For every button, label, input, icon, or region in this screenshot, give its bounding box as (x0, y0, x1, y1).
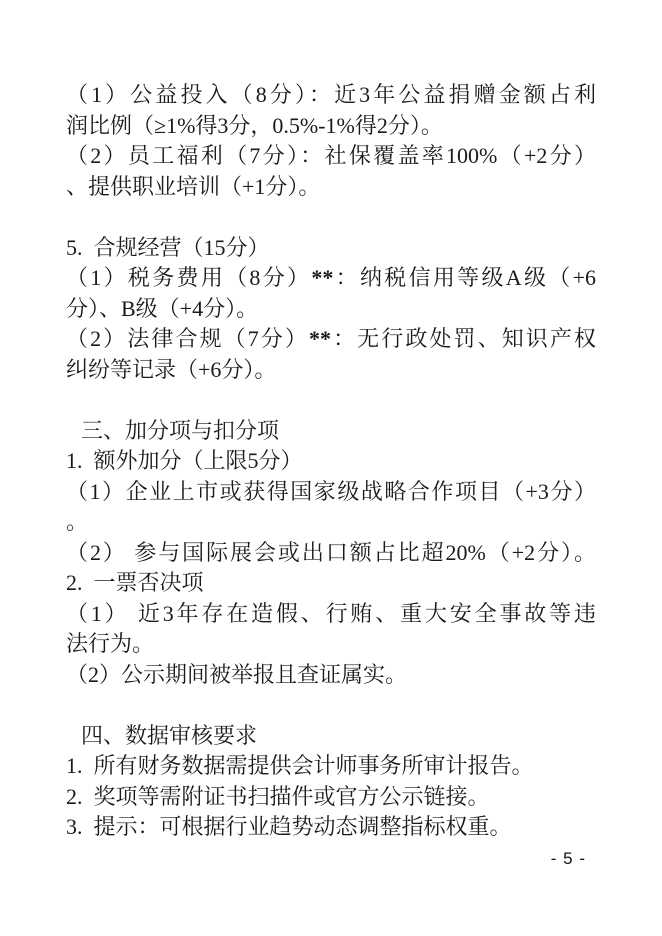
text-line: （1）企业上市或获得国家级战略合作项目（+3分） (66, 477, 596, 508)
text-run: （1）企业上市或获得国家级战略合作项目（+3分） (66, 479, 596, 504)
bold-text-run: ** (311, 265, 333, 290)
text-line: 三、加分项与扣分项 (66, 416, 596, 447)
text-run: ：无行政处罚、知识产权 (331, 326, 596, 351)
document-content: （1）公益投入（8分）：近3年公益捐赠金额占利润比例（≥1%得3分，0.5%-1… (66, 80, 596, 843)
text-line: 纠纷等记录（+6分）。 (66, 355, 596, 386)
section-bonus-penalty: 三、加分项与扣分项1. 额外加分（上限5分）（1）企业上市或获得国家级战略合作项… (66, 416, 596, 691)
text-run: 纠纷等记录（+6分）。 (66, 357, 276, 382)
section-audit: 四、数据审核要求1. 所有财务数据需提供会计师事务所审计报告。2. 奖项等需附证… (66, 721, 596, 843)
text-run: 三、加分项与扣分项 (81, 418, 279, 443)
text-run: （2）公示期间被举报且查证属实。 (66, 662, 407, 687)
text-run: 润比例（≥1%得3分，0.5%-1%得2分）。 (66, 113, 443, 138)
bold-text-run: ** (309, 326, 331, 351)
text-run: 法行为。 (66, 631, 154, 656)
text-run: ：纳税信用等级A级（+6 (333, 265, 596, 290)
text-line: 5. 合规经营（15分） (66, 233, 596, 264)
text-run: （1） 近3年存在造假、行贿、重大安全事故等违 (66, 601, 596, 626)
text-line: 、提供职业培训（+1分）。 (66, 172, 596, 203)
text-run: 、提供职业培训（+1分）。 (66, 174, 320, 199)
text-line: 。 (66, 507, 596, 538)
text-line: 润比例（≥1%得3分，0.5%-1%得2分）。 (66, 111, 596, 142)
text-run: （2）员工福利（7分）：社保覆盖率100%（+2分） (66, 143, 596, 168)
text-line: （1） 近3年存在造假、行贿、重大安全事故等违 (66, 599, 596, 630)
text-run: 分）、B级（+4分）。 (66, 296, 258, 321)
section-csr-items: （1）公益投入（8分）：近3年公益捐赠金额占利润比例（≥1%得3分，0.5%-1… (66, 80, 596, 202)
text-line: （1）公益投入（8分）：近3年公益捐赠金额占利 (66, 80, 596, 111)
text-run: 2. 一票否决项 (66, 570, 204, 595)
text-line: 2. 奖项等需附证书扫描件或官方公示链接。 (66, 782, 596, 813)
text-line: 1. 所有财务数据需提供会计师事务所审计报告。 (66, 751, 596, 782)
text-line: 2. 一票否决项 (66, 568, 596, 599)
text-line: 3. 提示：可根据行业趋势动态调整指标权重。 (66, 812, 596, 843)
text-line: 分）、B级（+4分）。 (66, 294, 596, 325)
text-line: （2）公示期间被举报且查证属实。 (66, 660, 596, 691)
text-run: 5. 合规经营（15分） (66, 235, 270, 260)
section-compliance: 5. 合规经营（15分）（1）税务费用（8分）**：纳税信用等级A级（+6分）、… (66, 233, 596, 386)
text-line: 法行为。 (66, 629, 596, 660)
text-line: 1. 额外加分（上限5分） (66, 446, 596, 477)
text-line: （2）法律合规（7分）**：无行政处罚、知识产权 (66, 324, 596, 355)
text-run: （2） 参与国际展会或出口额占比超20%（+2分）。 (66, 540, 596, 565)
text-run: 2. 奖项等需附证书扫描件或官方公示链接。 (66, 784, 490, 809)
text-run: 1. 额外加分（上限5分） (66, 448, 303, 473)
page-number: - 5 - (551, 849, 586, 869)
text-run: （1）税务费用（8分） (66, 265, 311, 290)
text-run: （2）法律合规（7分） (66, 326, 309, 351)
text-line: （2）员工福利（7分）：社保覆盖率100%（+2分） (66, 141, 596, 172)
text-run: 3. 提示：可根据行业趋势动态调整指标权重。 (66, 814, 512, 839)
text-run: 1. 所有财务数据需提供会计师事务所审计报告。 (66, 753, 534, 778)
document-page: （1）公益投入（8分）：近3年公益捐赠金额占利润比例（≥1%得3分，0.5%-1… (0, 0, 662, 936)
text-run: （1）公益投入（8分）：近3年公益捐赠金额占利 (66, 82, 596, 107)
text-run: 四、数据审核要求 (81, 723, 257, 748)
text-run: 。 (66, 509, 88, 534)
text-line: （1）税务费用（8分）**：纳税信用等级A级（+6 (66, 263, 596, 294)
text-line: 四、数据审核要求 (66, 721, 596, 752)
text-line: （2） 参与国际展会或出口额占比超20%（+2分）。 (66, 538, 596, 569)
